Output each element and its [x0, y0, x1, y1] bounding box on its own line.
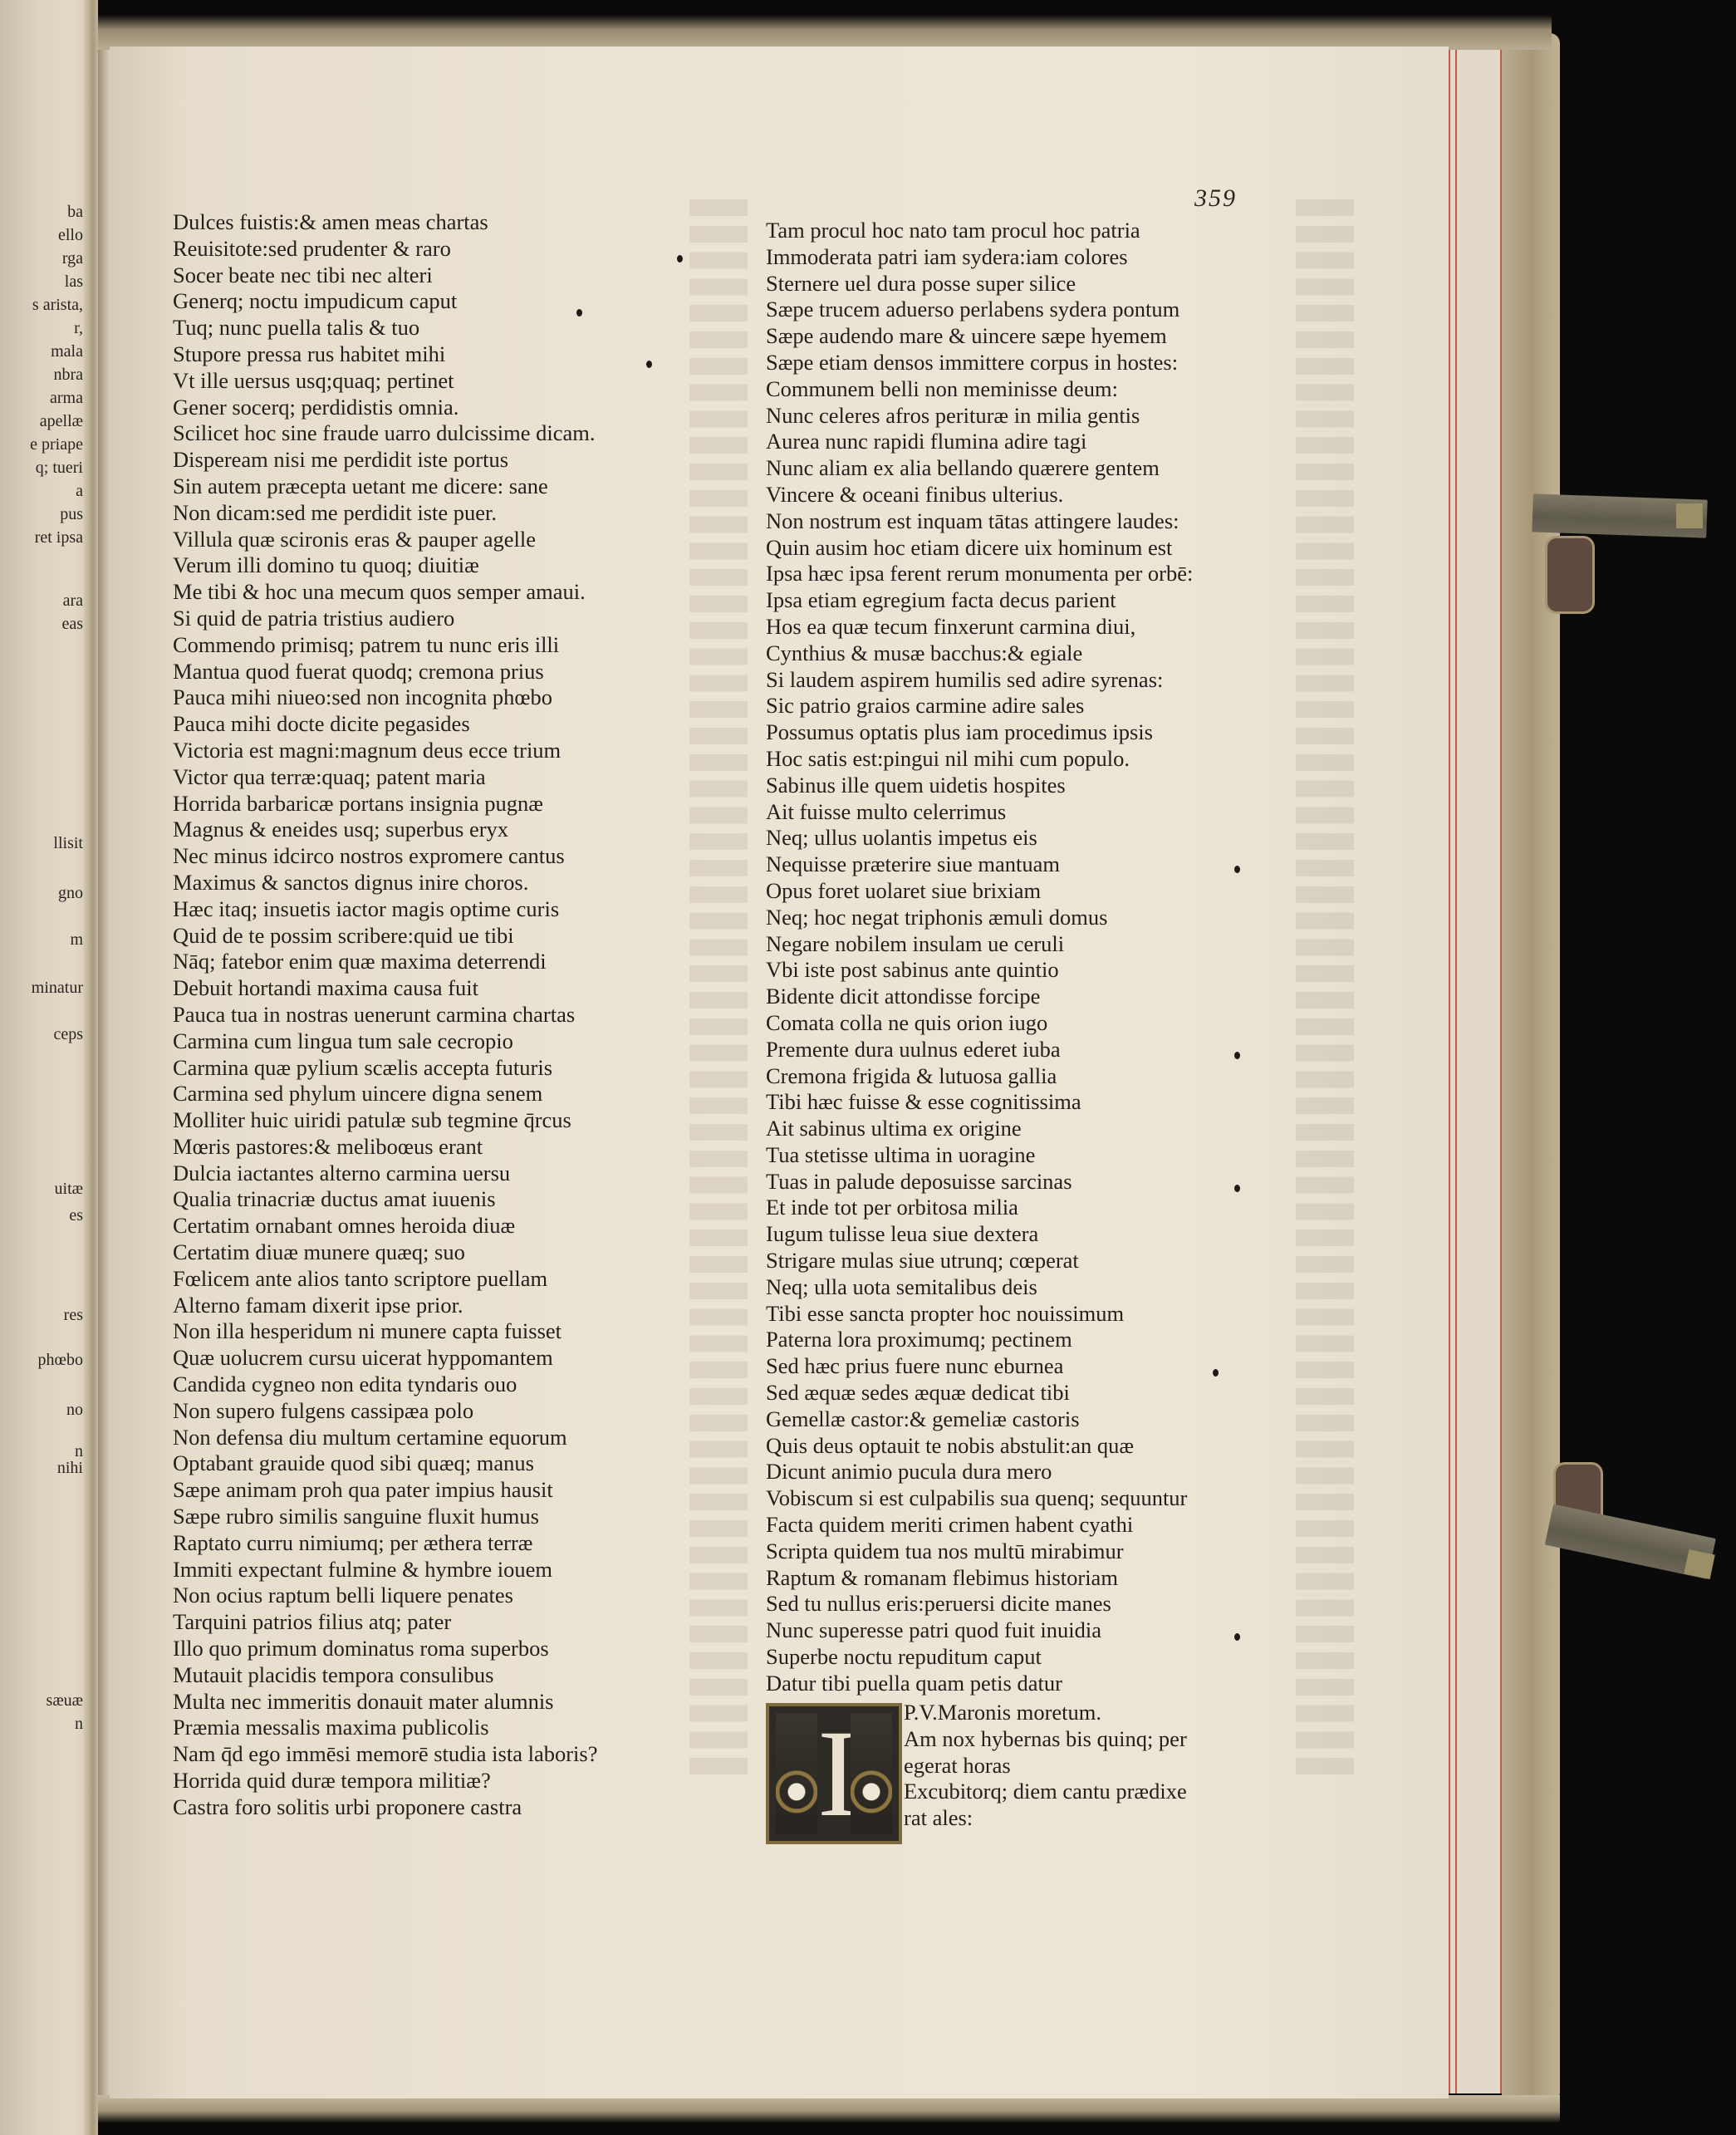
verse-line: Tibi hæc fuisse & esse cognitissima	[766, 1089, 1193, 1116]
top-cover-edge	[98, 0, 1552, 50]
verse-line: Vincere & oceani finibus ulterius.	[766, 482, 1193, 508]
verse-line: Dispeream nisi me perdidit iste portus	[173, 447, 597, 474]
fragment: llisit	[53, 834, 83, 853]
fragment: nbra	[53, 366, 83, 385]
verse-line: Qualia trinacriæ ductus amat iuuenis	[173, 1186, 597, 1213]
left-page-edge	[83, 0, 100, 2135]
verse-line: Nunc superesse patri quod fuit inuidia	[766, 1617, 1193, 1644]
ink-mark	[1234, 866, 1240, 873]
verse-line: Stupore pressa rus habitet mihi	[173, 341, 597, 368]
verse-line: Ait fuisse multo celerrimus	[766, 799, 1193, 826]
verse-line: Communem belli non meminisse deum:	[766, 376, 1193, 403]
fragment: q; tueri	[36, 459, 83, 478]
verse-line: Ipsa hæc ipsa ferent rerum monumenta per…	[766, 561, 1193, 587]
verse-line: Illo quo primum dominatus roma superbos	[173, 1636, 597, 1662]
ink-show-through	[1296, 199, 1354, 1778]
initial-letter: I	[817, 1711, 851, 1836]
left-text-column: Dulces fuistis:& amen meas chartas Reuis…	[173, 209, 597, 1821]
verse-line: Certatim diuæ munere quæq; suo	[173, 1239, 597, 1266]
verse-line: Socer beate nec tibi nec alteri	[173, 263, 597, 289]
verse-line: Gener socerq; perdidistis omnia.	[173, 395, 597, 421]
verse-line: Iugum tulisse leua siue dextera	[766, 1221, 1193, 1248]
verse-line: Pauca tua in nostras uenerunt carmina ch…	[173, 1002, 597, 1028]
verse-line: Carmina cum lingua tum sale cecropio	[173, 1028, 597, 1055]
ink-mark	[1234, 1052, 1240, 1059]
ink-mark	[1234, 1633, 1240, 1641]
fragment: minatur	[32, 979, 83, 998]
fragment: r,	[74, 319, 83, 338]
verse-line: Castra foro solitis urbi proponere castr…	[173, 1794, 597, 1821]
verse-line: Quid de te possim scribere:quid ue tibi	[173, 923, 597, 950]
verse-line: Facta quidem meriti crimen habent cyathi	[766, 1512, 1193, 1539]
verse-line: Maximus & sanctos dignus inire choros.	[173, 870, 597, 896]
verse-line: Si quid de patria tristius audiero	[173, 606, 597, 632]
verse-line: Debuit hortandi maxima causa fuit	[173, 975, 597, 1002]
ink-show-through	[689, 199, 748, 1778]
verse-line: Possumus optatis plus iam procedimus ips…	[766, 719, 1193, 746]
verse-line: Non dicam:sed me perdidit iste puer.	[173, 500, 597, 527]
rubric-line	[1455, 42, 1457, 2093]
verse-line: Sed hæc prius fuere nunc eburnea	[766, 1353, 1193, 1380]
verse-line: Hos ea quæ tecum finxerunt carmina diui,	[766, 614, 1193, 640]
verse-line: Neq; ulla uota semitalibus deis	[766, 1274, 1193, 1301]
verse-line: Comata colla ne quis orion iugo	[766, 1010, 1193, 1037]
verse-line: Sabinus ille quem uidetis hospites	[766, 773, 1193, 799]
verse-line: Dulces fuistis:& amen meas chartas	[173, 209, 597, 236]
verse-line: Tuq; nunc puella talis & tuo	[173, 315, 597, 341]
verse-line: Mantua quod fuerat quodq; cremona prius	[173, 659, 597, 685]
fragment: ello	[58, 226, 83, 245]
verse-line: Bidente dicit attondisse forcipe	[766, 984, 1193, 1010]
verse-line: Non illa hesperidum ni munere capta fuis…	[173, 1318, 597, 1345]
verse-line: Raptato curru nimiumq; per æthera terræ	[173, 1530, 597, 1557]
verse-line: Ipsa etiam egregium facta decus parient	[766, 587, 1193, 614]
verse-line: Negare nobilem insulam ue ceruli	[766, 931, 1193, 958]
verse-line: Scilicet hoc sine fraude uarro dulcissim…	[173, 420, 597, 447]
verse-line: Mutauit placidis tempora consulibus	[173, 1662, 597, 1689]
verse-line: Cremona frigida & lutuosa gallia	[766, 1063, 1193, 1090]
fragment: ceps	[53, 1025, 83, 1044]
verse-line: Candida cygneo non edita tyndaris ouo	[173, 1372, 597, 1398]
ink-mark	[1234, 1185, 1240, 1192]
verse-line: Verum illi domino tu quoq; diuitiæ	[173, 552, 597, 579]
rubric-line	[1449, 42, 1450, 2093]
verse-line: Excubitorq; diem cantu prædixe	[904, 1779, 1187, 1805]
verse-line: Quin ausim hoc etiam dicere uix hominum …	[766, 535, 1193, 562]
fragment: las	[65, 272, 83, 292]
fragment: no	[66, 1401, 83, 1420]
verse-line: Ait sabinus ultima ex origine	[766, 1116, 1193, 1142]
verse-line: Certatim ornabant omnes heroida diuæ	[173, 1213, 597, 1239]
verse-line: Vt ille uersus usq;quaq; pertinet	[173, 368, 597, 395]
fragment: m	[70, 930, 83, 950]
fragment: gno	[58, 884, 83, 903]
page-block-edges	[1447, 42, 1502, 2093]
verse-line: Non defensa diu multum certamine equorum	[173, 1425, 597, 1451]
clasp-top-end	[1676, 503, 1703, 528]
verse-line: Neq; hoc negat triphonis æmuli domus	[766, 905, 1193, 931]
fragment: s arista,	[32, 296, 83, 315]
verse-line: Opus foret uolaret siue brixiam	[766, 878, 1193, 905]
verse-line: Nequisse præterire siue mantuam	[766, 852, 1193, 878]
verse-line: Non nostrum est inquam tātas attingere l…	[766, 508, 1193, 535]
verse-line: Pauca mihi docte dicite pegasides	[173, 711, 597, 738]
fragment: n	[75, 1715, 83, 1734]
verse-line: Dulcia iactantes alterno carmina uersu	[173, 1161, 597, 1187]
fragment: sæuæ	[47, 1691, 83, 1710]
fragment: uitæ	[55, 1180, 83, 1199]
fragment: apellæ	[40, 412, 83, 431]
floral-ornament-icon	[776, 1713, 817, 1834]
decorated-drop-initial: I	[766, 1703, 902, 1844]
verse-line: Hoc satis est:pingui nil mihi cum populo…	[766, 746, 1193, 773]
verse-line: Villula quæ scironis eras & pauper agell…	[173, 527, 597, 553]
verse-line: Carmina quæ pylium scælis accepta futuri…	[173, 1055, 597, 1082]
verse-line: Tua stetisse ultima in uoragine	[766, 1142, 1193, 1169]
verse-line: Sæpe trucem aduerso perlabens sydera pon…	[766, 297, 1193, 323]
ink-mark	[646, 361, 652, 368]
verse-line: Strigare mulas siue utrunq; cœperat	[766, 1248, 1193, 1274]
fragment: a	[76, 482, 83, 501]
fragment: nihi	[57, 1459, 83, 1478]
verse-line: Si laudem aspirem humilis sed adire syre…	[766, 667, 1193, 694]
verse-line: Victor qua terræ:quaq; patent maria	[173, 764, 597, 791]
verse-line: Sic patrio graios carmine adire sales	[766, 693, 1193, 719]
ink-mark	[677, 255, 683, 263]
clasp-bottom-end	[1684, 1549, 1715, 1579]
verse-line: Sæpe rubro similis sanguine fluxit humus	[173, 1504, 597, 1530]
verse-line: rat ales:	[904, 1805, 1187, 1832]
right-text-column: Tam procul hoc nato tam procul hoc patri…	[766, 218, 1193, 1697]
verse-line: Dicunt animio pucula dura mero	[766, 1459, 1193, 1485]
fragment: es	[69, 1206, 83, 1225]
verse-line: Nunc celeres afros perituræ in milia gen…	[766, 403, 1193, 429]
verse-line: Horrida barbaricæ portans insignia pugnæ	[173, 791, 597, 817]
verse-line: Tam procul hoc nato tam procul hoc patri…	[766, 218, 1193, 244]
left-page-text-fragments: ba ello rga las s arista, r, mala nbra a…	[0, 0, 83, 2135]
verse-line: Præmia messalis maxima publicolis	[173, 1715, 597, 1741]
fragment: pus	[60, 505, 83, 524]
verse-line: Superbe noctu repuditum caput	[766, 1644, 1193, 1671]
fragment: arma	[50, 389, 83, 408]
verse-line: Tuas in palude deposuisse sarcinas	[766, 1169, 1193, 1195]
fragment: rga	[62, 249, 83, 268]
verse-line: Sed æquæ sedes æquæ dedicat tibi	[766, 1380, 1193, 1406]
verse-line: Neq; ullus uolantis impetus eis	[766, 825, 1193, 852]
clasp-leather-tab	[1545, 536, 1595, 614]
verse-line: Premente dura uulnus ederet iuba	[766, 1037, 1193, 1063]
verse-line: Me tibi & hoc una mecum quos semper amau…	[173, 579, 597, 606]
fragment: ara	[63, 591, 83, 611]
ink-mark	[576, 309, 582, 317]
verse-line: Non ocius raptum belli liquere penates	[173, 1583, 597, 1609]
verse-line: Et inde tot per orbitosa milia	[766, 1195, 1193, 1221]
verse-line: Reuisitote:sed prudenter & raro	[173, 236, 597, 263]
fragment: phœbo	[38, 1351, 83, 1370]
bottom-cover-edge	[98, 2095, 1560, 2135]
verse-line: Horrida quid duræ tempora militiæ?	[173, 1768, 597, 1794]
verse-line: Scripta quidem tua nos multū mirabimur	[766, 1539, 1193, 1565]
verse-line: Multa nec immeritis donauit mater alumni…	[173, 1689, 597, 1715]
verse-line: Pauca mihi niueo:sed non incognita phœbo	[173, 685, 597, 711]
book-gutter	[98, 0, 110, 2135]
verse-line: Tibi esse sancta propter hoc nouissimum	[766, 1301, 1193, 1328]
verse-line: Nam q̄d ego immēsi memorē studia ista la…	[173, 1741, 597, 1768]
verse-line: Datur tibi puella quam petis datur	[766, 1671, 1193, 1697]
verse-line: Mœris pastores:& meliboœus erant	[173, 1134, 597, 1161]
verse-line: Raptum & romanam flebimus historiam	[766, 1565, 1193, 1592]
fragment: eas	[61, 615, 83, 634]
verse-line: Generq; noctu impudicum caput	[173, 288, 597, 315]
verse-line: Fœlicem ante alios tanto scriptore puell…	[173, 1266, 597, 1293]
verse-line: egerat horas	[904, 1753, 1187, 1779]
verse-line: Victoria est magni:magnum deus ecce triu…	[173, 738, 597, 764]
verse-line: Sternere uel dura posse super silice	[766, 271, 1193, 297]
rubric-line	[1500, 42, 1502, 2093]
section-heading: P.V.Maronis moretum.	[904, 1700, 1187, 1726]
verse-line: Nec minus idcirco nostros expromere cant…	[173, 843, 597, 870]
verse-line: Sin autem præcepta uetant me dicere: san…	[173, 474, 597, 500]
verse-line: Immoderata patri iam sydera:iam colores	[766, 244, 1193, 271]
folio-number: 359	[1194, 184, 1237, 213]
verse-line: Sæpe etiam densos immittere corpus in ho…	[766, 350, 1193, 376]
verse-line: Quis deus optauit te nobis abstulit:an q…	[766, 1433, 1193, 1460]
vellum-cover-edge	[1502, 33, 1560, 2102]
verse-line: Cynthius & musæ bacchus:& egiale	[766, 640, 1193, 667]
verse-line: Hæc itaq; insuetis iactor magis optime c…	[173, 896, 597, 923]
verse-line: Immiti expectant fulmine & hymbre iouem	[173, 1557, 597, 1583]
verse-line: Optabant grauide quod sibi quæq; manus	[173, 1450, 597, 1477]
verse-line: Aurea nunc rapidi flumina adire tagi	[766, 429, 1193, 455]
fragment: res	[64, 1306, 83, 1325]
verse-line: Vobiscum si est culpabilis sua quenq; se…	[766, 1485, 1193, 1512]
verse-line: Am nox hybernas bis quinq; per	[904, 1726, 1187, 1753]
verse-line: Carmina sed phylum uincere digna senem	[173, 1081, 597, 1107]
verse-line: Sed tu nullus eris:peruersi dicite manes	[766, 1591, 1193, 1617]
verse-line: Gemellæ castor:& gemeliæ castoris	[766, 1406, 1193, 1433]
fragment: mala	[51, 342, 83, 361]
fragment: ba	[67, 203, 83, 222]
verse-line: Commendo primisq; patrem tu nunc eris il…	[173, 632, 597, 659]
fragment: ret ipsa	[35, 528, 83, 547]
verse-line: Sæpe audendo mare & uincere sæpe hyemem	[766, 323, 1193, 350]
verse-line: Nāq; fatebor enim quæ maxima deterrendi	[173, 949, 597, 975]
verse-line: Alterno famam dixerit ipse prior.	[173, 1293, 597, 1319]
ink-mark	[1213, 1369, 1219, 1377]
floral-ornament-icon	[851, 1713, 892, 1834]
verse-line: Magnus & eneides usq; superbus eryx	[173, 817, 597, 843]
verse-line: Vbi iste post sabinus ante quintio	[766, 957, 1193, 984]
left-facing-page: ba ello rga las s arista, r, mala nbra a…	[0, 0, 98, 2135]
verse-line: Quæ uolucrem cursu uicerat hyppomantem	[173, 1345, 597, 1372]
fragment: e priape	[30, 435, 83, 454]
moretum-section: P.V.Maronis moretum. Am nox hybernas bis…	[904, 1700, 1187, 1832]
verse-line: Sæpe animam proh qua pater impius hausit	[173, 1477, 597, 1504]
verse-line: Nunc aliam ex alia bellando quærere gent…	[766, 455, 1193, 482]
verse-line: Molliter huic uiridi patulæ sub tegmine …	[173, 1107, 597, 1134]
verse-line: Tarquini patrios filius atq; pater	[173, 1609, 597, 1636]
verse-line: Non supero fulgens cassipæa polo	[173, 1398, 597, 1425]
verse-line: Paterna lora proximumq; pectinem	[766, 1327, 1193, 1353]
